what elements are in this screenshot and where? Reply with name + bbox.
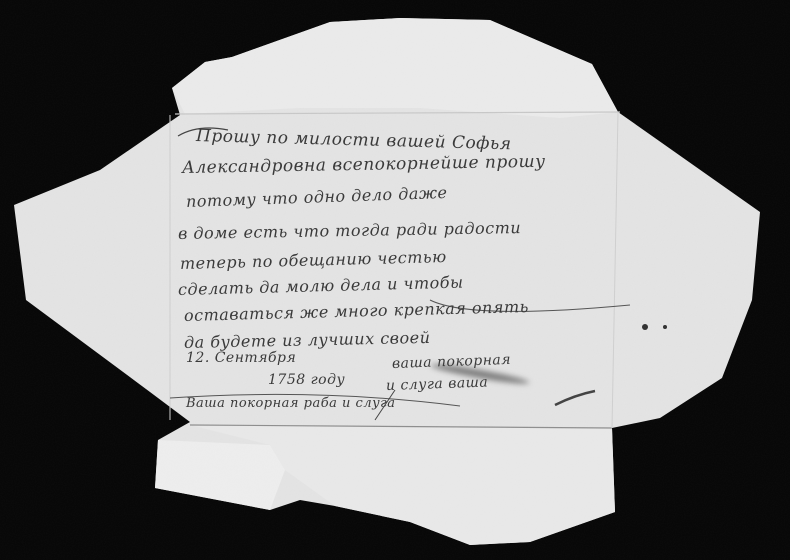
footer-note: Ваша покорная раба и слуга xyxy=(186,396,395,411)
letter-date: 12. Сентября xyxy=(186,350,296,366)
letter-year: 1758 году xyxy=(268,372,345,388)
document-scan: Прошу по милости вашей Софья Александров… xyxy=(0,0,790,560)
